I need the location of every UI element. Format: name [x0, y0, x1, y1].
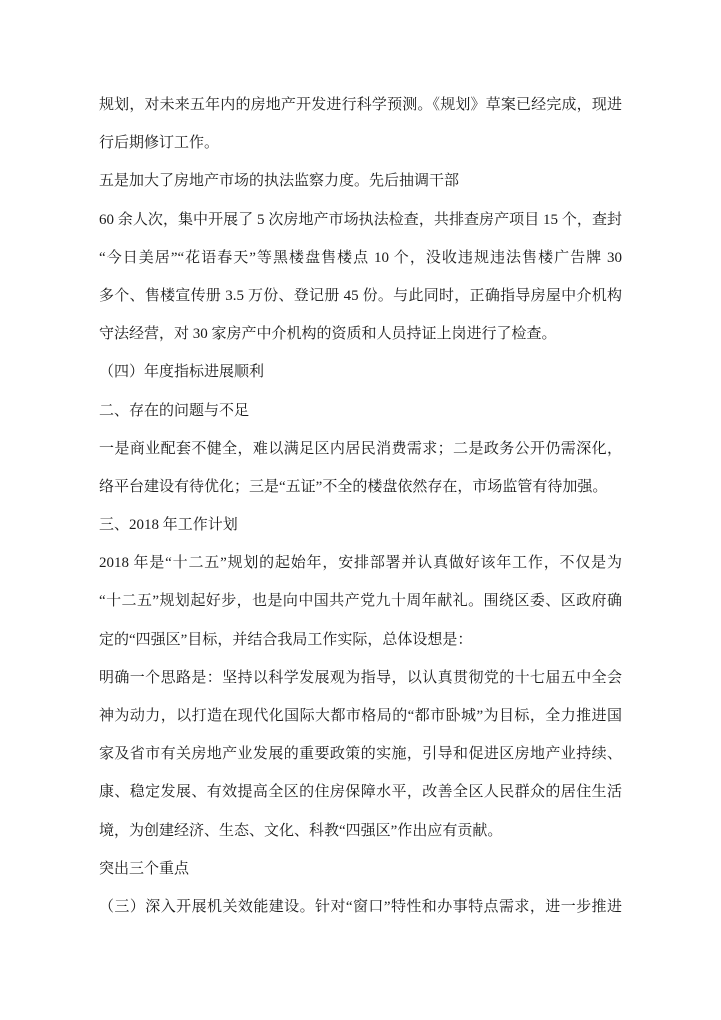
doc-line: 五是加大了房地产市场的执法监察力度。先后抽调干部 — [99, 162, 622, 200]
doc-line: 络平台建设有待优化；三是“五证”不全的楼盘依然存在，市场监管有待加强。 — [99, 468, 622, 506]
doc-line: 明确一个思路是：坚持以科学发展观为指导，以认真贯彻党的十七届五中全会精 — [99, 659, 622, 697]
doc-line: 规划，对未来五年内的房地产开发进行科学预测。《规划》草案已经完成，现进 — [99, 86, 622, 124]
doc-line: （三）深入开展机关效能建设。针对“窗口”特性和办事特点需求，进一步推进 — [99, 888, 622, 926]
doc-line: 境，为创建经济、生态、文化、科教“四强区”作出应有贡献。 — [99, 812, 622, 850]
document-page: 规划，对未来五年内的房地产开发进行科学预测。《规划》草案已经完成，现进 行后期修… — [0, 0, 721, 1020]
doc-line: “十二五”规划起好步，也是向中国共产党九十周年献礼。围绕区委、区政府确 — [99, 582, 622, 620]
subsection-heading-three-priorities: 突出三个重点 — [99, 850, 622, 888]
doc-line: 康、稳定发展、有效提高全区的住房保障水平，改善全区人民群众的居住生活环 — [99, 773, 622, 811]
text-block: 规划，对未来五年内的房地产开发进行科学预测。《规划》草案已经完成，现进 行后期修… — [99, 86, 622, 926]
section-heading-problems: 二、存在的问题与不足 — [99, 392, 622, 430]
doc-line: 行后期修订工作。 — [99, 124, 622, 162]
doc-line: 神为动力，以打造在现代化国际大都市格局的“都市卧城”为目标，全力推进国 — [99, 697, 622, 735]
section-heading-2018-work-plan: 三、2018 年工作计划 — [99, 506, 622, 544]
doc-line: 2018 年是“十二五”规划的起始年，安排部署并认真做好该年工作，不仅是为 — [99, 544, 622, 582]
doc-line: “今日美居”“花语春天”等黑楼盘售楼点 10 个，没收违规违法售楼广告牌 30 — [99, 239, 622, 277]
doc-line: 守法经营，对 30 家房产中介机构的资质和人员持证上岗进行了检查。 — [99, 315, 622, 353]
doc-line: 60 余人次，集中开展了 5 次房地产市场执法检查，共排查房产项目 15 个，查… — [99, 201, 622, 239]
doc-line: 定的“四强区”目标，并结合我局工作实际，总体设想是： — [99, 621, 622, 659]
doc-line: 多个、售楼宣传册 3.5 万份、登记册 45 份。与此同时，正确指导房屋中介机构 — [99, 277, 622, 315]
doc-line: 一是商业配套不健全，难以满足区内居民消费需求；二是政务公开仍需深化，网 — [99, 430, 622, 468]
section-heading-annual-targets: （四）年度指标进展顺利 — [99, 353, 622, 391]
doc-line: 家及省市有关房地产业发展的重要政策的实施，引导和促进区房地产业持续、健 — [99, 735, 622, 773]
